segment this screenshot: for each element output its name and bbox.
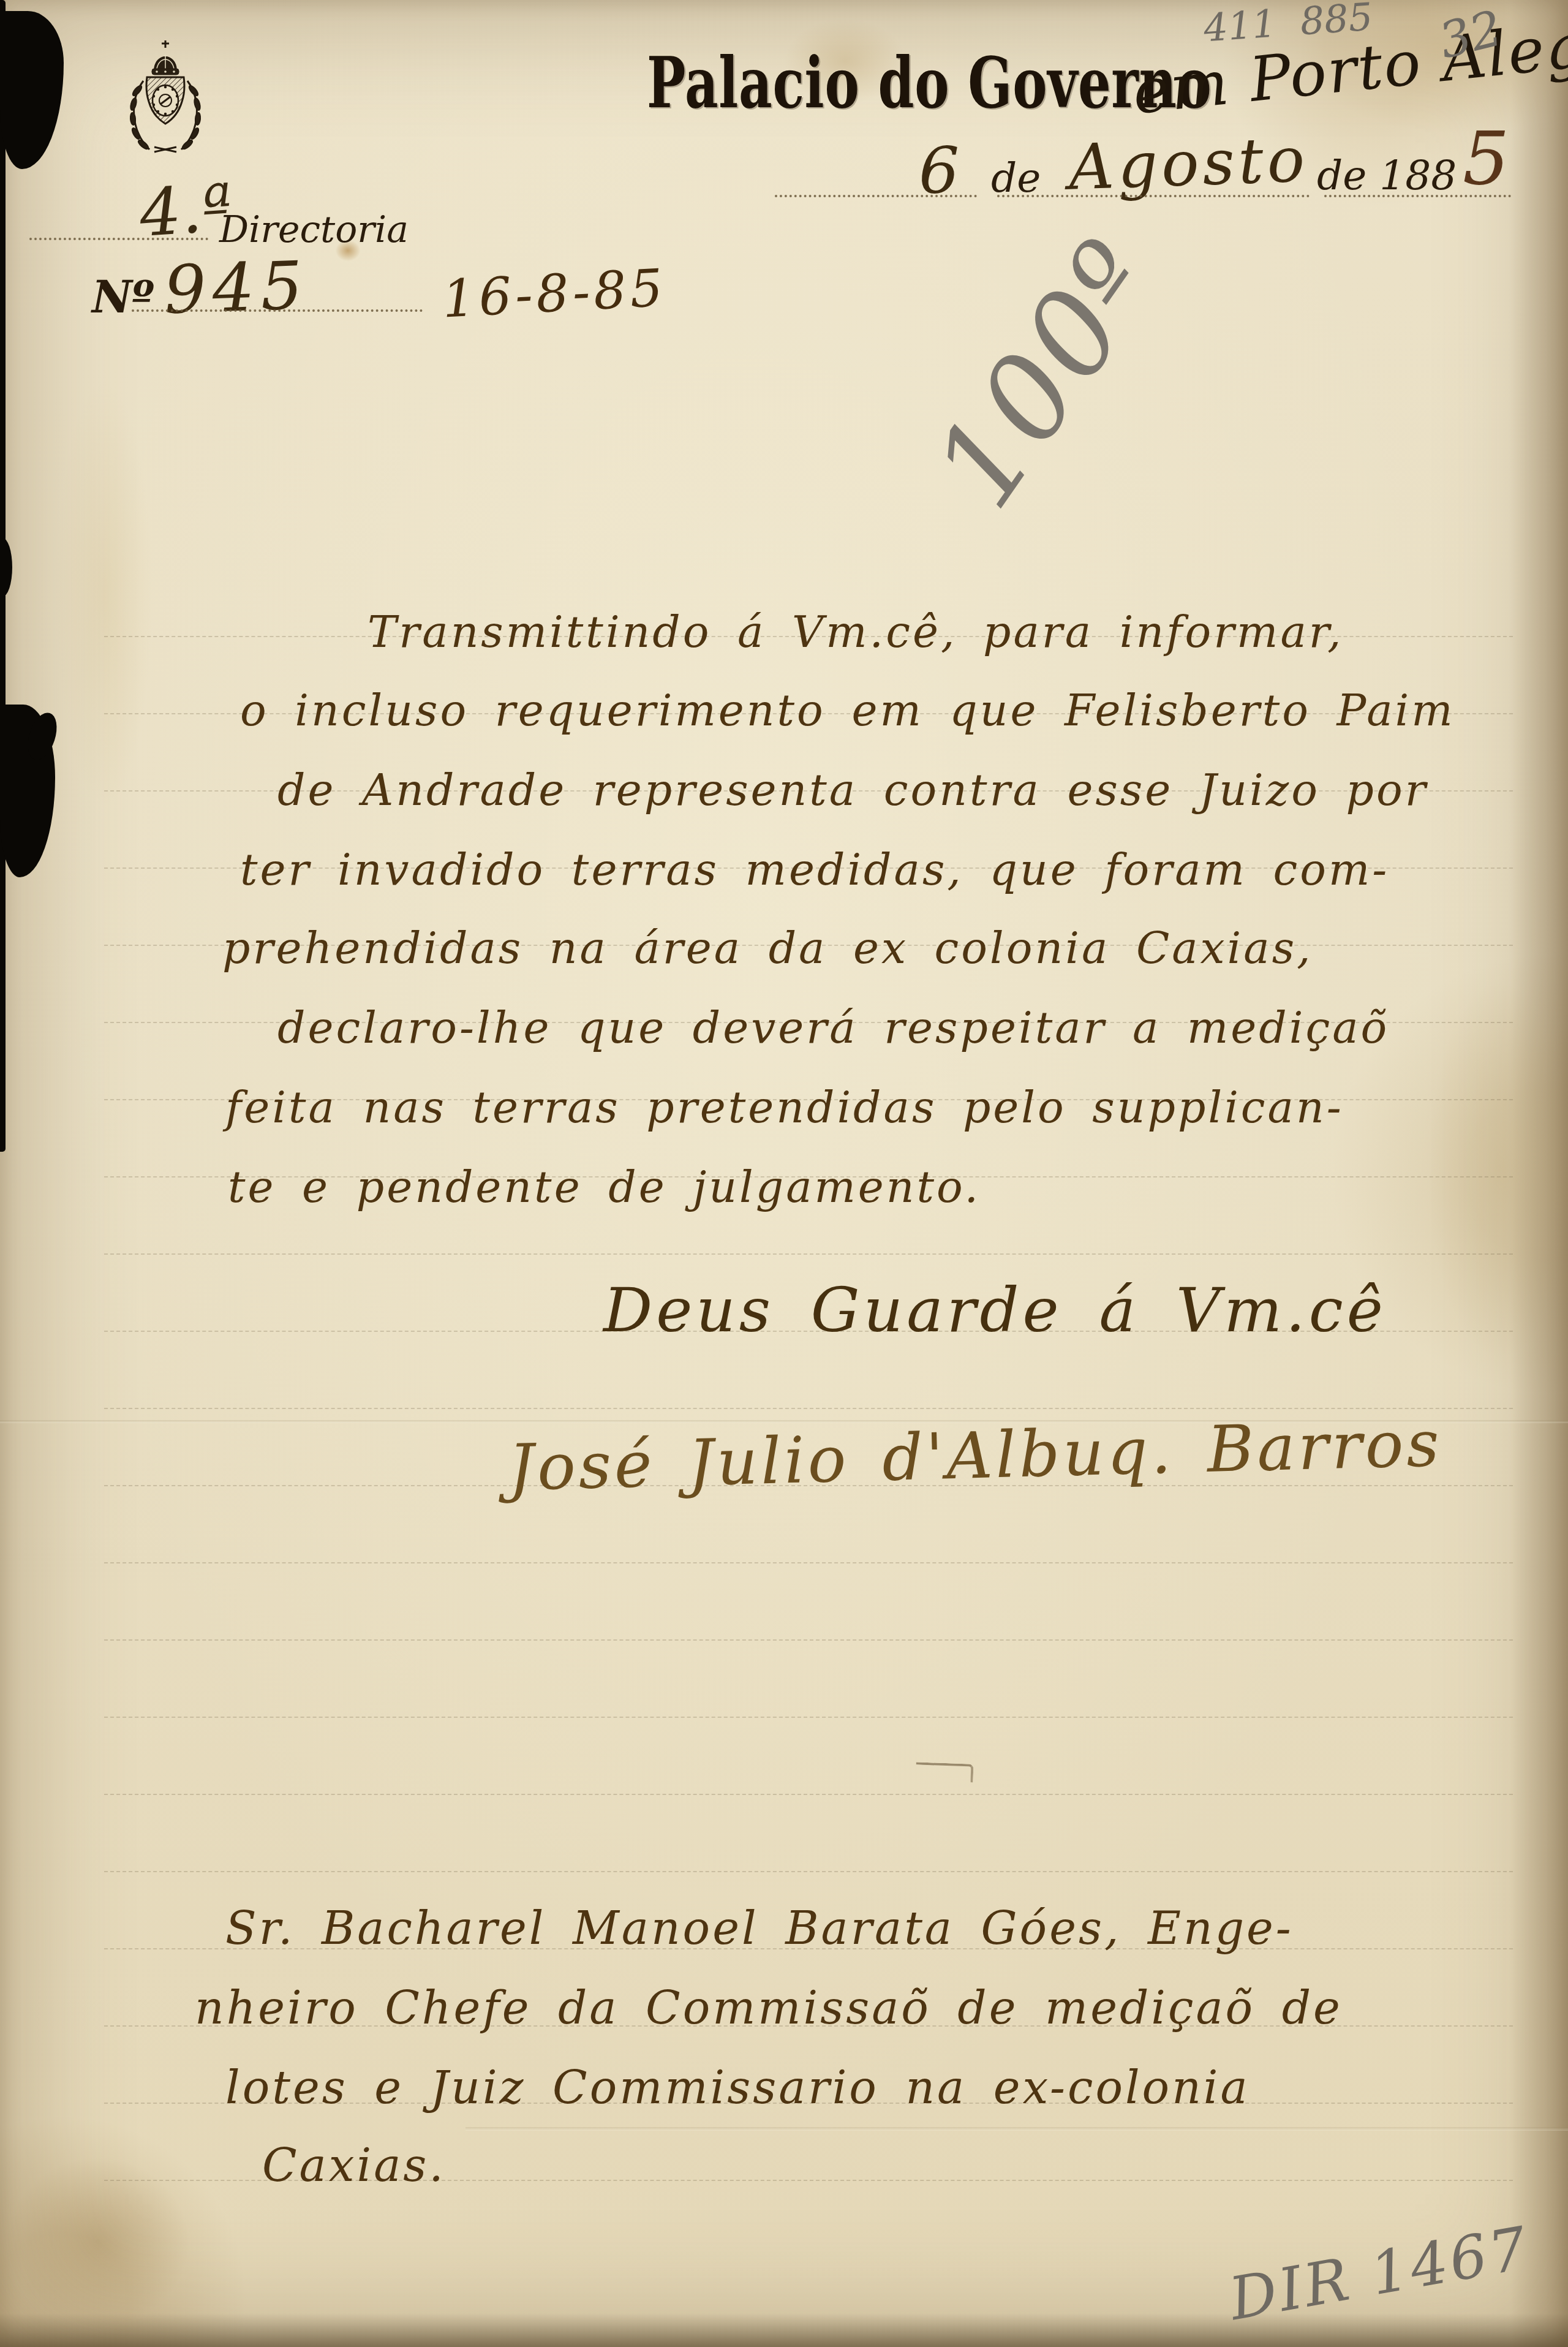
right-edge-shadow [1510,0,1568,2347]
body-line: feita nas terras pretendidas pelo suppli… [225,1082,1344,1133]
ruled-line [104,1794,1513,1795]
body-line: te e pendente de julgamento. [228,1162,981,1212]
edge-damage-blob [0,538,12,597]
address-line: Caxias. [262,2139,446,2192]
letterhead-title: Palacio do Governo [647,42,1212,124]
closing-formula: Deus Guarde á Vm.cê [603,1274,1387,1346]
ruled-line [104,1562,1513,1563]
ruled-line [104,1871,1513,1872]
ruled-line [104,1408,1513,1409]
edge-damage-blob [0,11,64,169]
date-dotted-rule [1324,195,1511,197]
received-date: 16-8-85 [441,257,668,329]
address-line: nheiro Chefe da Commissaõ de mediçaõ de [195,1982,1343,2035]
date-dotted-rule [997,195,1310,197]
ruled-line [104,1717,1513,1718]
ruled-line [104,1253,1513,1255]
body-line: de Andrade representa contra esse Juizo … [277,765,1428,815]
body-line: Transmittindo á Vm.cê, para informar, [367,607,1343,657]
address-line: lotes e Juiz Commissario na ex-colonia [225,2062,1250,2114]
ruled-line [104,1639,1513,1641]
pencil-diagonal-number: 100º [908,214,1186,531]
doc-number-label: Nº [92,271,154,323]
department-label: Directoria [219,208,409,251]
body-line: prehendidas na área da ex colonia Caxias… [222,923,1313,973]
department-dotted-rule [29,238,208,240]
body-line: ter invadido terras medidas, que foram c… [240,844,1389,895]
stain [55,380,153,809]
date-dotted-rule [775,195,977,197]
scanned-letter-page: Palacio do Governo em Porto Alegre, 411 … [0,0,1568,2347]
body-line: o incluso requerimento em que Felisberto… [240,685,1455,736]
signature: José Julio d'Albuq. Barros [508,1406,1443,1505]
doc-number-dotted-rule [132,309,423,312]
doc-number: 945 [163,248,310,329]
address-line: Sr. Bacharel Manoel Barata Góes, Enge- [225,1902,1294,1955]
body-line: declaro-lhe que deverá respeitar a mediç… [277,1002,1389,1053]
date-month: Agosto [1068,123,1310,205]
fold-crease [466,2127,1568,2131]
stain [6,2156,190,2328]
imperial-coat-of-arms-icon [123,38,208,161]
bottom-edge-shadow [0,2313,1568,2347]
stray-ink-mark [916,1762,974,1782]
date-year-digit: 5 [1463,116,1509,202]
date-connector-2: de 188 [1317,152,1457,199]
